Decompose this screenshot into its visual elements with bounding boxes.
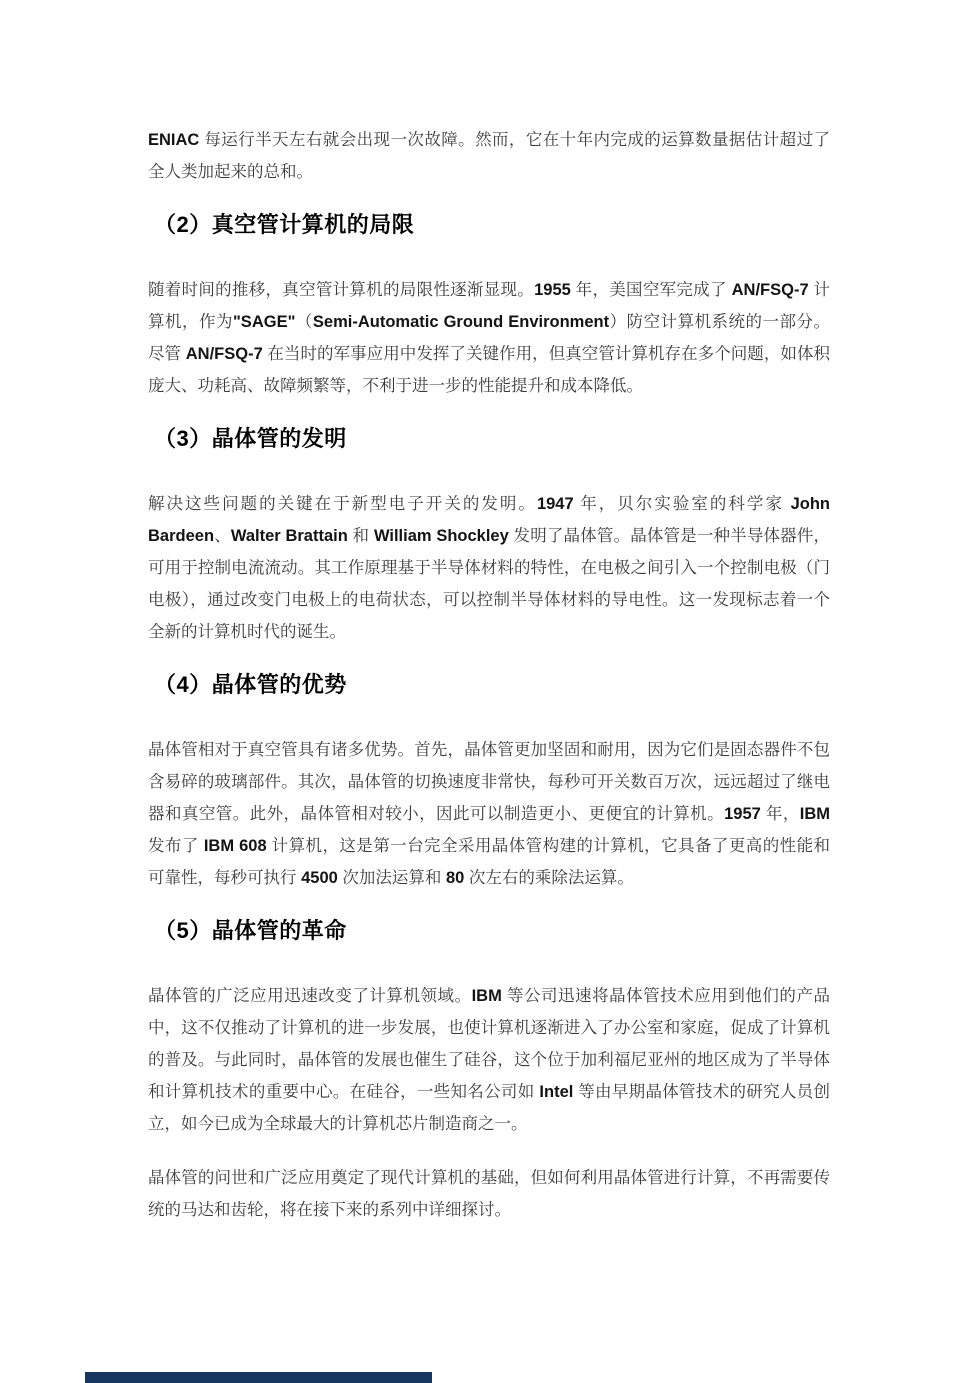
latin-text-run: 1957 — [724, 805, 766, 823]
paragraph: ENIAC 每运行半天左右就会出现一次故障。然而，它在十年内完成的运算数量据估计… — [148, 124, 830, 188]
cjk-text-run: 晶体管的广泛应用迅速改变了计算机领域。 — [148, 987, 472, 1005]
section-heading: （3）晶体管的发明 — [148, 424, 830, 454]
latin-text-run: Intel — [539, 1083, 578, 1101]
paragraph: 晶体管的问世和广泛应用奠定了现代计算机的基础，但如何利用晶体管进行计算，不再需要… — [148, 1162, 830, 1226]
latin-text-run: "SAGE" — [233, 313, 295, 331]
document-page: ENIAC 每运行半天左右就会出现一次故障。然而，它在十年内完成的运算数量据估计… — [0, 0, 978, 1383]
paragraph: 解决这些问题的关键在于新型电子开关的发明。1947 年，贝尔实验室的科学家 Jo… — [148, 488, 830, 648]
section-heading: （5）晶体管的革命 — [148, 916, 830, 946]
section-heading: （2）真空管计算机的局限 — [148, 210, 830, 240]
section-heading: （4）晶体管的优势 — [148, 670, 830, 700]
latin-text-run: IBM 608 — [204, 837, 272, 855]
cjk-text-run: 和 — [353, 527, 374, 545]
latin-text-run: ENIAC — [148, 131, 204, 149]
latin-text-run: Walter Brattain — [231, 527, 353, 545]
latin-text-run: AN/FSQ-7 — [732, 281, 814, 299]
cjk-text-run: 、 — [214, 527, 231, 545]
latin-text-run: AN/FSQ-7 — [186, 345, 268, 363]
cjk-text-run: 随着时间的推移，真空管计算机的局限性逐渐显现。 — [148, 281, 534, 299]
latin-text-run: William Shockley — [374, 527, 514, 545]
cjk-text-run: （ — [295, 313, 313, 331]
cjk-text-run: 年，美国空军完成了 — [576, 281, 732, 299]
cjk-text-run: 次加法运算和 — [342, 869, 446, 887]
cjk-text-run: 年， — [766, 805, 800, 823]
cjk-text-run: 年，贝尔实验室的科学家 — [580, 495, 790, 513]
document-text-blocks: ENIAC 每运行半天左右就会出现一次故障。然而，它在十年内完成的运算数量据估计… — [148, 124, 830, 1226]
latin-text-run: IBM — [800, 805, 830, 823]
cjk-text-run: 晶体管的问世和广泛应用奠定了现代计算机的基础，但如何利用晶体管进行计算，不再需要… — [148, 1169, 830, 1219]
cjk-text-run: 次左右的乘除法运算。 — [469, 869, 634, 887]
paragraph: 晶体管的广泛应用迅速改变了计算机领域。IBM 等公司迅速将晶体管技术应用到他们的… — [148, 980, 830, 1140]
latin-text-run: Semi-Automatic Ground Environment — [313, 313, 609, 331]
latin-text-run: 80 — [446, 869, 469, 887]
cjk-text-run: 解决这些问题的关键在于新型电子开关的发明。 — [148, 495, 537, 513]
latin-text-run: 1947 — [537, 495, 580, 513]
latin-text-run: 4500 — [301, 869, 342, 887]
latin-text-run: IBM — [472, 987, 507, 1005]
partial-table-edge-block — [85, 1372, 432, 1383]
cjk-text-run: 发布了 — [148, 837, 204, 855]
paragraph: 晶体管相对于真空管具有诸多优势。首先，晶体管更加坚固和耐用，因为它们是固态器件不… — [148, 734, 830, 894]
cjk-text-run: 每运行半天左右就会出现一次故障。然而，它在十年内完成的运算数量据估计超过了全人类… — [148, 131, 830, 181]
latin-text-run: 1955 — [534, 281, 576, 299]
paragraph: 随着时间的推移，真空管计算机的局限性逐渐显现。1955 年，美国空军完成了 AN… — [148, 274, 830, 402]
